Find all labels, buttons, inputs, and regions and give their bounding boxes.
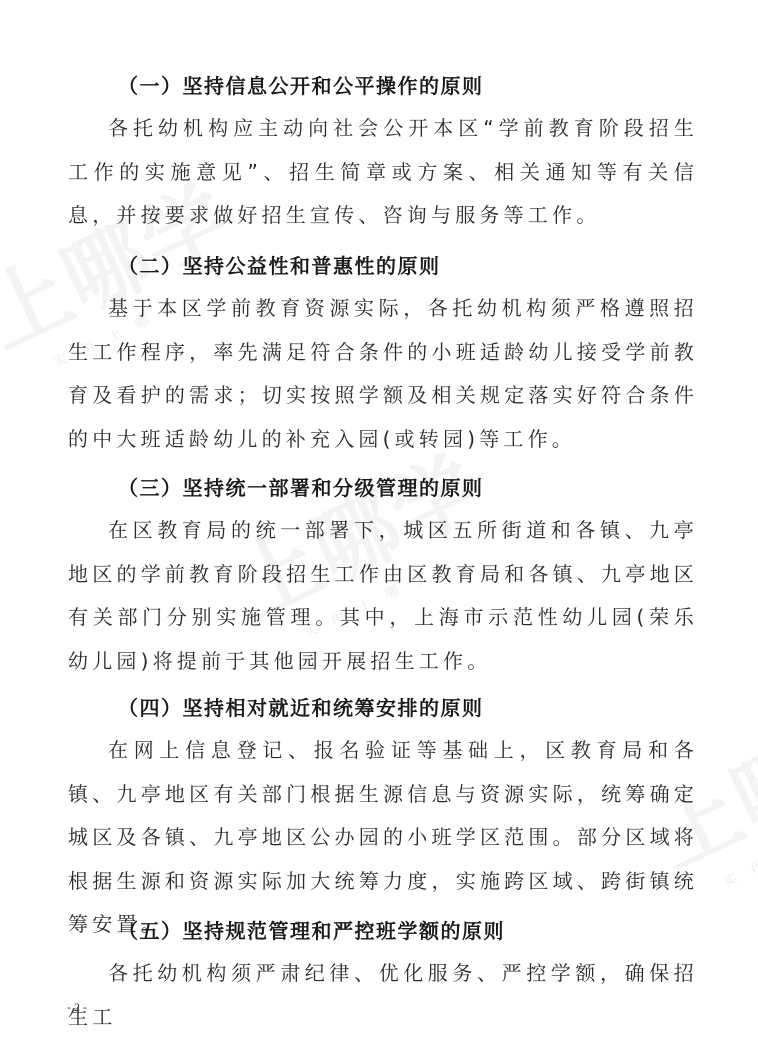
section-body-2: 基于本区学前教育资源实际，各托幼机构须严格遵照招生工作程序，率先满足符合条件的小… — [68, 287, 698, 461]
section-body-4: 在网上信息登记、报名验证等基础上，区教育局和各镇、九亭地区有关部门根据生源信息与… — [68, 729, 698, 947]
section-heading-5: （五）坚持规范管理和严控班学额的原则 — [118, 915, 505, 944]
section-body-5: 各托幼机构须严肃纪律、优化服务、严控学额，确保招生工 — [68, 952, 698, 1039]
section-heading-4: （四）坚持相对就近和统筹安排的原则 — [118, 692, 484, 721]
page-number: - 2 - — [67, 1000, 87, 1015]
section-body-1: 各托幼机构应主动向社会公开本区“学前教育阶段招生工作的实施意见”、招生简章或方案… — [68, 107, 698, 238]
watermark-subtext: 实用上哪学 — [720, 782, 758, 892]
document-page: 上哪学 实用上哪学 上哪学 实用上哪学 上哪学 实用上哪学 （一）坚持信息公开和… — [0, 0, 758, 1054]
section-heading-3: （三）坚持统一部署和分级管理的原则 — [118, 472, 484, 501]
section-heading-2: （二）坚持公益性和普惠性的原则 — [118, 250, 441, 279]
section-body-3: 在区教育局的统一部署下，城区五所街道和各镇、九亭地区的学前教育阶段招生工作由区教… — [68, 509, 698, 683]
section-heading-1: （一）坚持信息公开和公平操作的原则 — [118, 70, 484, 99]
